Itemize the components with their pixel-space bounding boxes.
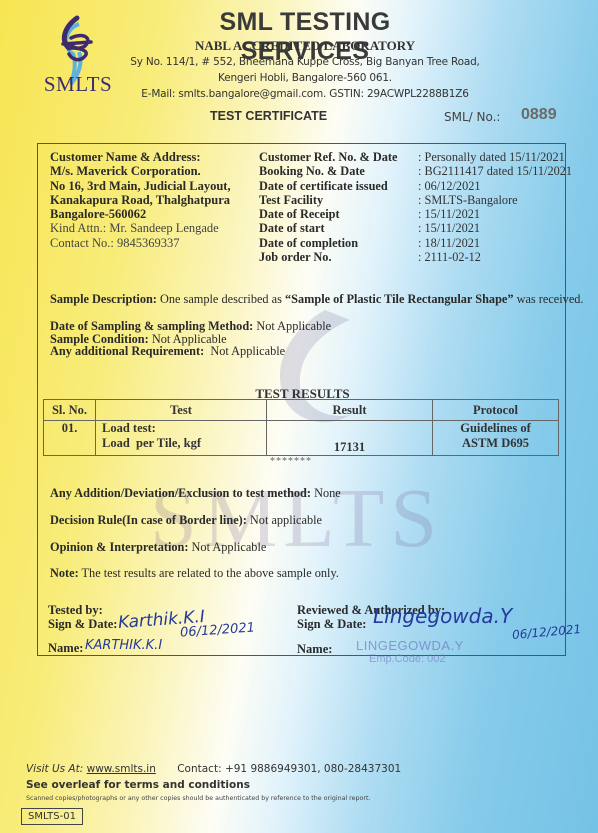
footer-contact-line: Visit Us At: www.smlts.in Contact: +91 9… <box>26 763 401 775</box>
cell-result: 17131 <box>267 421 433 456</box>
meta-value: : 18/11/2021 <box>418 236 480 250</box>
meta-label: Job order No. <box>259 250 418 264</box>
col-test: Test <box>96 400 267 421</box>
customer-name: M/s. Maverick Corporation. <box>50 164 231 178</box>
note-remark: Note: The test results are related to th… <box>50 566 339 581</box>
meta-value: : 15/11/2021 <box>418 207 480 221</box>
meta-value: : 06/12/2021 <box>418 179 481 193</box>
sample-description: Sample Description: One sample described… <box>50 292 584 307</box>
protocol-line-2: ASTM D695 <box>439 436 552 451</box>
tested-by-label: Tested by: <box>48 603 117 617</box>
document-title: TEST CERTIFICATE <box>210 109 327 123</box>
customer-label: Customer Name & Address: <box>50 150 231 164</box>
reviewer-stamp-code: Emp.Code: 002 <box>369 653 445 665</box>
table-row: 01. Load test: Load per Tile, kgf 17131 … <box>44 421 559 456</box>
reviewed-name-label: Name: <box>297 642 332 657</box>
cell-sl-no: 01. <box>44 421 96 456</box>
sml-no-value: 0889 <box>521 106 557 124</box>
meta-row-completion: Date of completion: 18/11/2021 <box>259 236 572 250</box>
kind-attention: Kind Attn.: Mr. Sandeep Lengade <box>50 221 231 235</box>
logo-text: SMLTS <box>33 72 123 97</box>
meta-row-facility: Test Facility: SMLTS-Bangalore <box>259 193 572 207</box>
decision-rule-remark: Decision Rule(In case of Border line): N… <box>50 513 322 528</box>
meta-label: Booking No. & Date <box>259 164 418 178</box>
deviation-label: Any Addition/Deviation/Exclusion to test… <box>50 486 311 500</box>
website-link[interactable]: www.smlts.in <box>87 763 156 775</box>
deviation-remark: Any Addition/Deviation/Exclusion to test… <box>50 486 341 501</box>
sampling-method-value: Not Applicable <box>253 319 331 333</box>
customer-address-3: Bangalore-560062 <box>50 207 231 221</box>
additional-requirement: Any additional Requirement: Not Applicab… <box>50 345 331 358</box>
deviation-value: None <box>311 486 341 500</box>
form-number: SMLTS-01 <box>21 808 83 825</box>
reviewed-signature: Lingegowda.Y <box>373 604 512 628</box>
sample-description-label: Sample Description: <box>50 292 157 306</box>
meta-label: Test Facility <box>259 193 418 207</box>
end-of-results-marker: ******* <box>270 456 312 467</box>
decision-rule-value: Not applicable <box>247 513 322 527</box>
cell-test: Load test: Load per Tile, kgf <box>96 421 267 456</box>
certificate-meta: Customer Ref. No. & Date: Personally dat… <box>259 150 572 264</box>
terms-notice: See overleaf for terms and conditions <box>26 779 250 791</box>
meta-label: Date of Receipt <box>259 207 418 221</box>
sample-name: “Sample of Plastic Tile Rectangular Shap… <box>285 292 514 306</box>
customer-address-1: No 16, 3rd Main, Judicial Layout, <box>50 179 231 193</box>
meta-row-start: Date of start: 15/11/2021 <box>259 221 572 235</box>
reviewer-stamp-name: LINGEGOWDA.Y <box>356 638 464 653</box>
meta-label: Date of certificate issued <box>259 179 418 193</box>
test-parameter: Load per Tile, kgf <box>102 436 260 451</box>
email-gstin-line: E-Mail: smlts.bangalore@gmail.com. GSTIN… <box>120 88 490 100</box>
meta-value: : Personally dated 15/11/2021 <box>418 150 565 164</box>
results-table: Sl. No. Test Result Protocol 01. Load te… <box>43 399 559 456</box>
customer-address-2: Kanakapura Road, Thalghatpura <box>50 193 231 207</box>
additional-requirement-label: Any additional Requirement: <box>50 344 204 358</box>
col-sl-no: Sl. No. <box>44 400 96 421</box>
meta-row-issue-date: Date of certificate issued: 06/12/2021 <box>259 179 572 193</box>
meta-label: Customer Ref. No. & Date <box>259 150 418 164</box>
sampling-info: Date of Sampling & sampling Method: Not … <box>50 320 331 358</box>
accreditation: NABL ACCREDITED LABORATORY <box>160 38 450 54</box>
visit-label: Visit Us At: <box>26 763 83 775</box>
meta-row-booking: Booking No. & Date: BG2111417 dated 15/1… <box>259 164 572 178</box>
cell-protocol: Guidelines of ASTM D695 <box>433 421 559 456</box>
opinion-remark: Opinion & Interpretation: Not Applicable <box>50 540 266 555</box>
meta-label: Date of start <box>259 221 418 235</box>
customer-contact: Contact No.: 9845369337 <box>50 236 231 250</box>
additional-requirement-value: Not Applicable <box>204 344 285 358</box>
results-header-row: Sl. No. Test Result Protocol <box>44 400 559 421</box>
sml-no-label: SML/ No.: <box>444 110 500 124</box>
col-protocol: Protocol <box>433 400 559 421</box>
meta-value: : BG2111417 dated 15/11/2021 <box>418 164 572 178</box>
address-line-2: Kengeri Hobli, Bangalore-560 061. <box>120 72 490 84</box>
note-label: Note: <box>50 566 79 580</box>
sample-description-text: One sample described as <box>157 292 285 306</box>
meta-row-customer-ref: Customer Ref. No. & Date: Personally dat… <box>259 150 572 164</box>
meta-label: Date of completion <box>259 236 418 250</box>
col-result: Result <box>267 400 433 421</box>
test-name: Load test: <box>102 421 260 436</box>
decision-rule-label: Decision Rule(In case of Border line): <box>50 513 247 527</box>
opinion-label: Opinion & Interpretation: <box>50 540 188 554</box>
address-line-1: Sy No. 114/1, # 552, Bheemana Kuppe Cros… <box>120 56 490 68</box>
tested-sign-date-label: Sign & Date: <box>48 617 117 631</box>
opinion-value: Not Applicable <box>188 540 266 554</box>
meta-row-job-order: Job order No.: 2111-02-12 <box>259 250 572 264</box>
sample-description-suffix: was received. <box>514 292 584 306</box>
meta-value: : 2111-02-12 <box>418 250 481 264</box>
protocol-line-1: Guidelines of <box>439 421 552 436</box>
note-value: The test results are related to the abov… <box>79 566 339 580</box>
tested-name: KARTHIK.K.I <box>85 638 162 653</box>
meta-value: : SMLTS-Bangalore <box>418 193 518 207</box>
meta-row-receipt: Date of Receipt: 15/11/2021 <box>259 207 572 221</box>
customer-block: Customer Name & Address: M/s. Maverick C… <box>50 150 231 250</box>
disclaimer: Scanned copies/photographs or any other … <box>26 795 370 802</box>
footer-contact: Contact: +91 9886949301, 080-28437301 <box>177 763 401 775</box>
meta-value: : 15/11/2021 <box>418 221 480 235</box>
